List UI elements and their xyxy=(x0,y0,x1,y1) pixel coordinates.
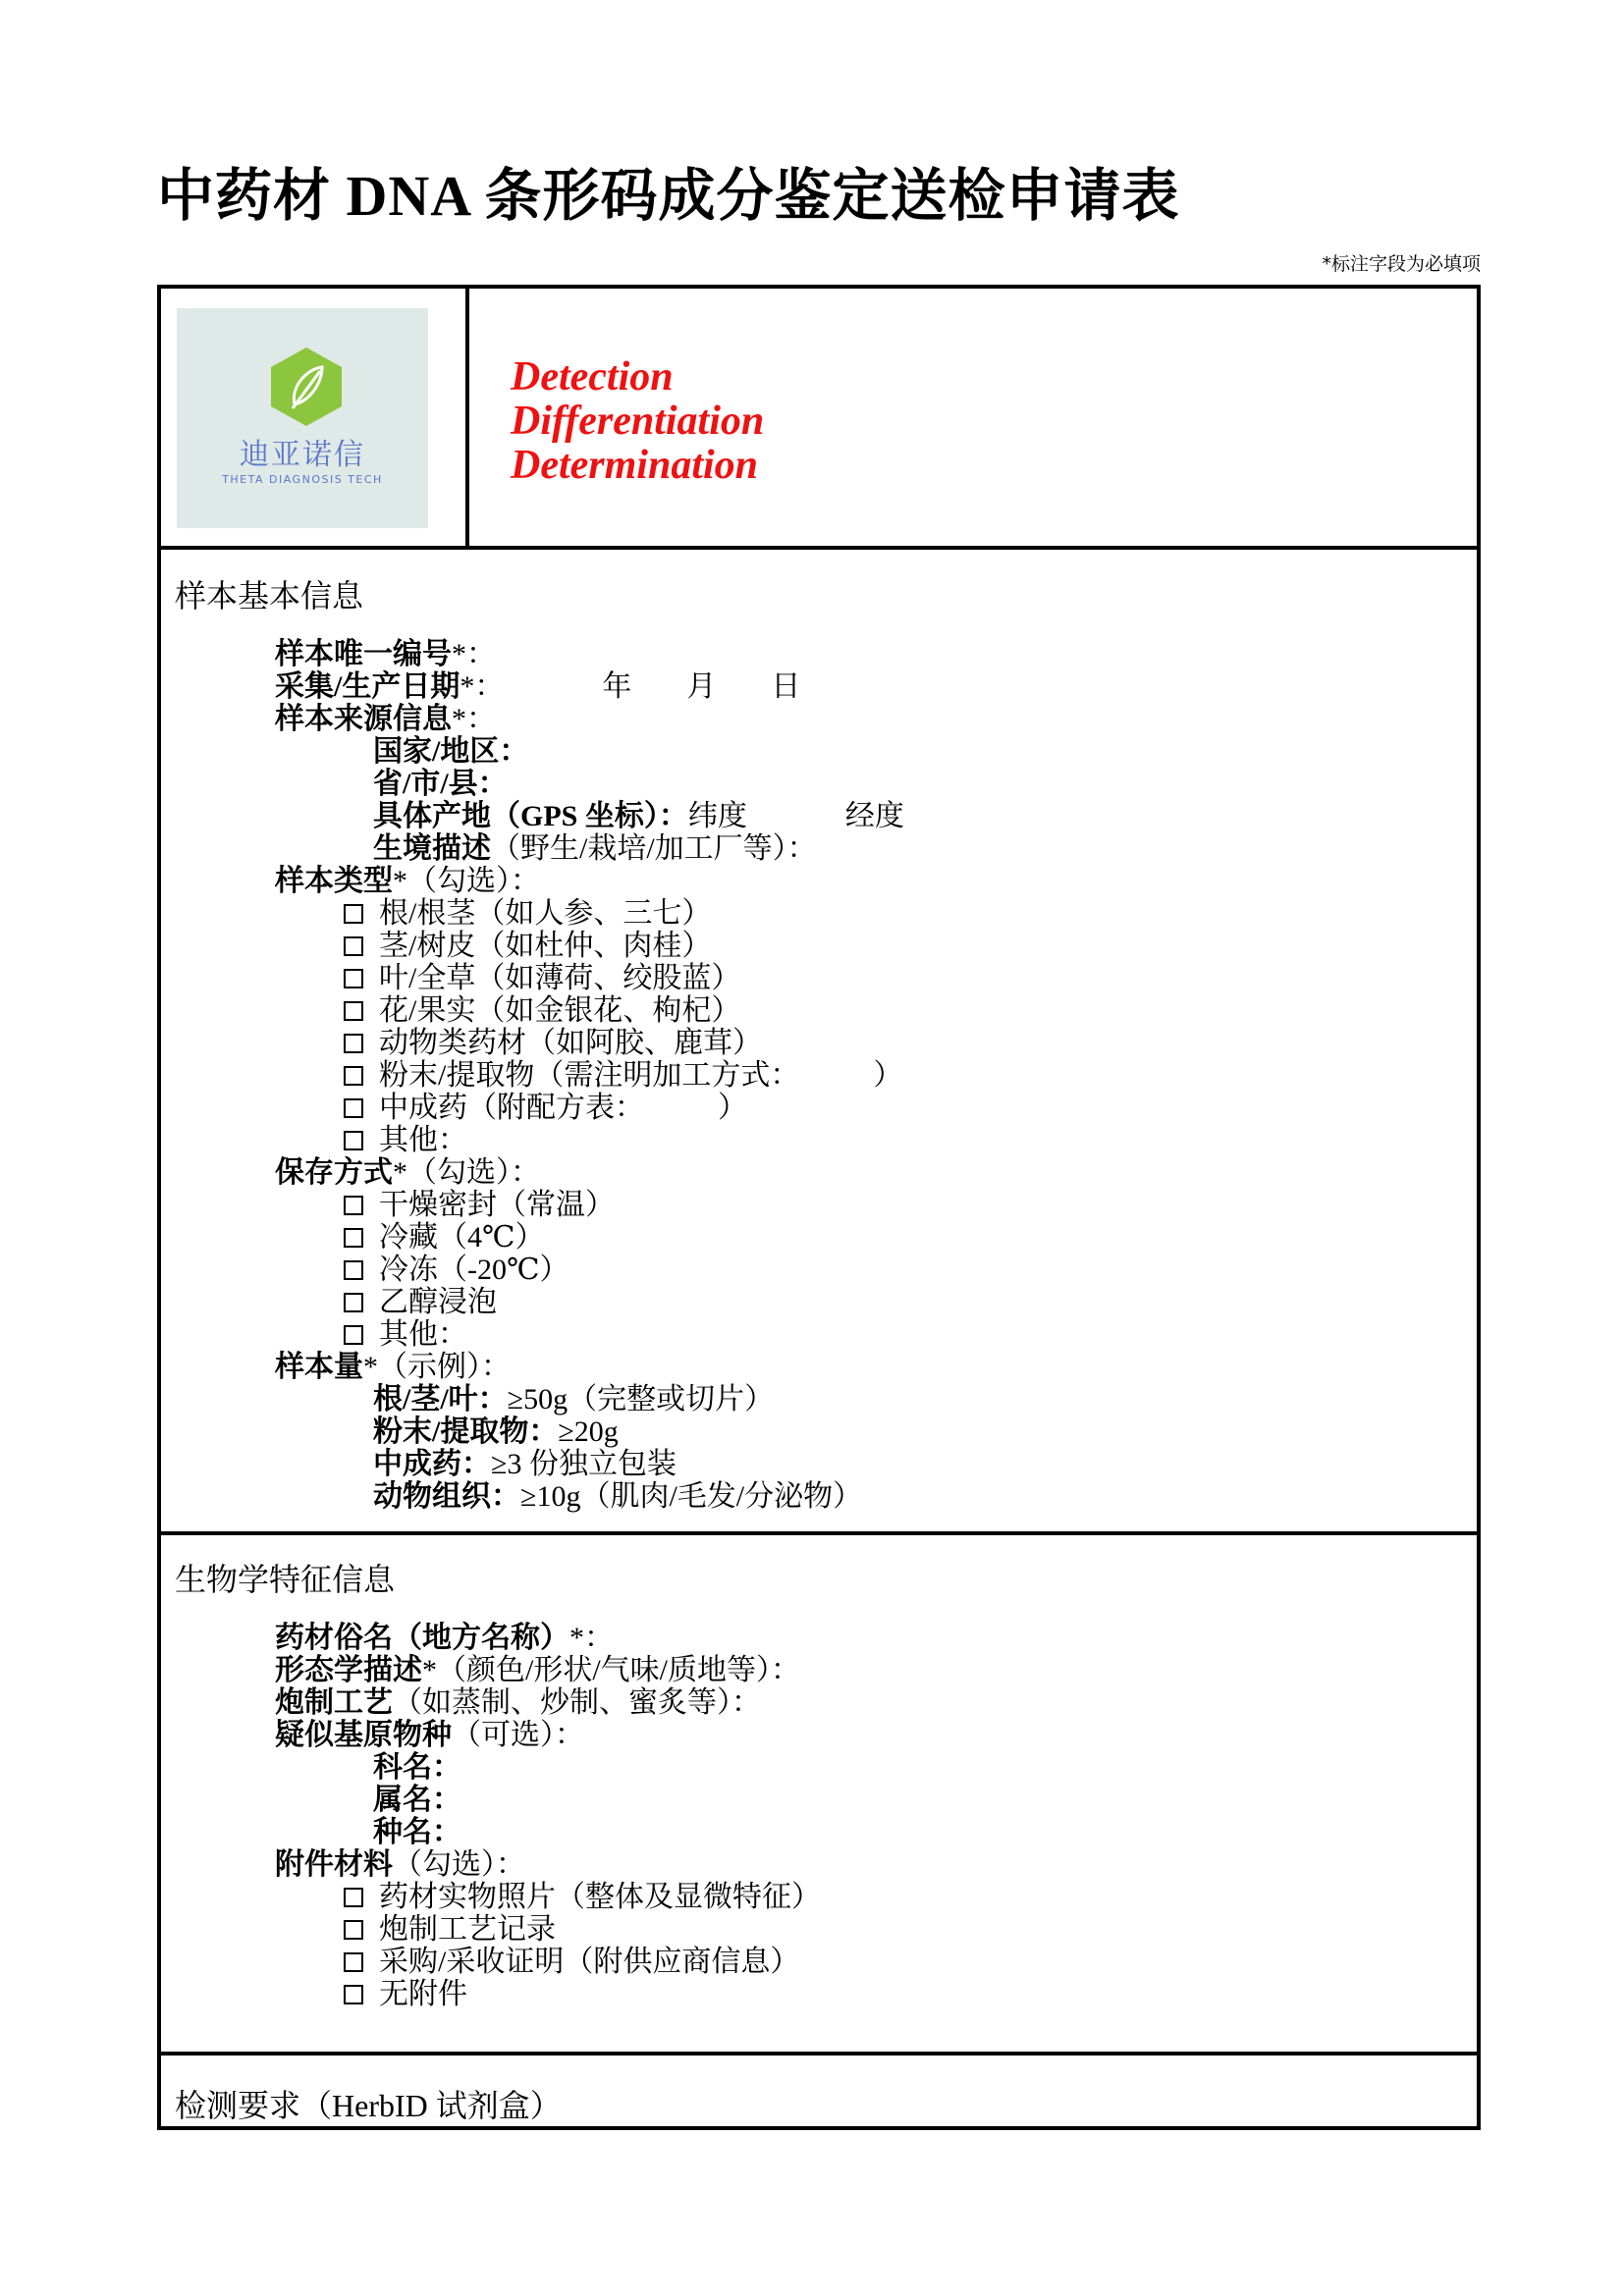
storage-option[interactable]: 冷藏（4℃） xyxy=(344,1221,545,1254)
amount-item: 中成药：≥3 份独立包装 xyxy=(373,1448,677,1480)
source-info-label: 样本来源信息*： xyxy=(275,703,496,735)
storage-option[interactable]: 乙醇浸泡 xyxy=(344,1286,497,1318)
amount-item: 根/茎/叶：≥50g（完整或切片） xyxy=(373,1383,774,1415)
gps-field[interactable]: 具体产地（GPS 坐标）：纬度经度 xyxy=(373,800,904,832)
processing-field[interactable]: 炮制工艺（如蒸制、炒制、蜜炙等）： xyxy=(275,1686,761,1719)
logo-cell: 迪亚诺信 THETA DIAGNOSIS TECH xyxy=(161,289,469,546)
habitat-field[interactable]: 生境描述（野生/栽培/加工厂等）： xyxy=(373,832,817,865)
brand-name-en: THETA DIAGNOSIS TECH xyxy=(177,473,428,486)
checkbox[interactable] xyxy=(344,1325,363,1345)
sample-type-label: 样本类型*（勾选）： xyxy=(275,865,540,897)
slogan: Detection Differentiation Determination xyxy=(511,355,764,488)
attachment-option[interactable]: 无附件 xyxy=(344,1978,467,2010)
checkbox[interactable] xyxy=(344,904,363,924)
morphology-field[interactable]: 形态学描述*（颜色/形状/气味/质地等）： xyxy=(275,1654,800,1686)
sample-type-option[interactable]: 粉末/提取物（需注明加工方式： ） xyxy=(344,1059,902,1092)
month-label: 月 xyxy=(686,670,716,703)
attachment-option[interactable]: 炮制工艺记录 xyxy=(344,1913,556,1946)
field-label: 样本唯一编号 xyxy=(275,638,452,670)
genus-field[interactable]: 属名： xyxy=(373,1784,461,1816)
section-biological-info: 生物学特征信息 药材俗名（地方名称）*： 形态学描述*（颜色/形状/气味/质地等… xyxy=(161,1535,1477,2056)
storage-option[interactable]: 干燥密封（常温） xyxy=(344,1189,615,1221)
sample-type-option[interactable]: 其他： xyxy=(344,1124,467,1156)
checkbox[interactable] xyxy=(344,1952,363,1972)
checkbox[interactable] xyxy=(344,1196,363,1215)
sample-type-option[interactable]: 茎/树皮（如杜仲、肉桂） xyxy=(344,930,711,962)
sample-id-field[interactable]: 样本唯一编号*： xyxy=(275,638,496,670)
checkbox[interactable] xyxy=(344,1228,363,1248)
section-sample-basic-info: 样本基本信息 样本唯一编号*： 采集/生产日期*：年月日 样本来源信息*： 国家… xyxy=(161,550,1477,1535)
form-title: 中药材 DNA 条形码成分鉴定送检申请表 xyxy=(157,157,1179,236)
species-name-field[interactable]: 种名： xyxy=(373,1816,461,1848)
section-title: 检测要求（HerbID 试剂盒） xyxy=(175,2081,562,2126)
day-label: 日 xyxy=(771,670,800,703)
checkbox[interactable] xyxy=(344,1001,363,1021)
section-title: 生物学特征信息 xyxy=(175,1555,395,1600)
attachment-option[interactable]: 采购/采收证明（附供应商信息） xyxy=(344,1946,799,1978)
application-form: 迪亚诺信 THETA DIAGNOSIS TECH Detection Diff… xyxy=(157,285,1481,2130)
sample-amount-label: 样本量*（示例）： xyxy=(275,1351,511,1383)
checkbox[interactable] xyxy=(344,1098,363,1118)
attachments-label: 附件材料（勾选）： xyxy=(275,1848,525,1881)
common-name-field[interactable]: 药材俗名（地方名称）*： xyxy=(275,1622,614,1654)
amount-item: 动物组织：≥10g（肌肉/毛发/分泌物） xyxy=(373,1480,862,1513)
field-label: 采集/生产日期 xyxy=(275,670,460,703)
collection-date-field[interactable]: 采集/生产日期*：年月日 xyxy=(275,670,800,703)
sample-type-option[interactable]: 叶/全草（如薄荷、绞股蓝） xyxy=(344,962,740,994)
leaf-hexagon-icon xyxy=(271,347,342,426)
checkbox[interactable] xyxy=(344,969,363,988)
attachment-option[interactable]: 药材实物照片（整体及显微特征） xyxy=(344,1881,821,1913)
required-fields-note: *标注字段为必填项 xyxy=(1322,249,1481,276)
sample-type-option[interactable]: 花/果实（如金银花、枸杞） xyxy=(344,994,740,1027)
family-field[interactable]: 科名： xyxy=(373,1751,461,1784)
amount-item: 粉末/提取物：≥20g xyxy=(373,1415,619,1448)
checkbox[interactable] xyxy=(344,1293,363,1312)
sample-type-option[interactable]: 动物类药材（如阿胶、鹿茸） xyxy=(344,1027,762,1059)
checkbox[interactable] xyxy=(344,1260,363,1280)
species-label: 疑似基原物种（可选）： xyxy=(275,1719,584,1751)
sample-type-option[interactable]: 根/根茎（如人参、三七） xyxy=(344,897,711,930)
year-label: 年 xyxy=(602,670,631,703)
checkbox[interactable] xyxy=(344,1034,363,1053)
latitude-label: 纬度 xyxy=(688,800,747,832)
storage-option[interactable]: 冷冻（-20℃） xyxy=(344,1254,569,1286)
section-title: 样本基本信息 xyxy=(175,571,363,616)
slogan-line: Detection xyxy=(511,355,764,400)
section-test-requirements: 检测要求（HerbID 试剂盒） xyxy=(161,2056,1477,2130)
checkbox[interactable] xyxy=(344,1131,363,1150)
brand-name-cn: 迪亚诺信 xyxy=(177,430,428,473)
checkbox[interactable] xyxy=(344,1920,363,1940)
country-field[interactable]: 国家/地区： xyxy=(373,735,528,768)
checkbox[interactable] xyxy=(344,1985,363,2004)
checkbox[interactable] xyxy=(344,1888,363,1907)
checkbox[interactable] xyxy=(344,936,363,956)
slogan-line: Determination xyxy=(511,444,764,488)
province-field[interactable]: 省/市/县： xyxy=(373,768,508,800)
storage-option[interactable]: 其他： xyxy=(344,1318,467,1351)
sample-type-option[interactable]: 中成药（附配方表： ） xyxy=(344,1092,747,1124)
form-header: 迪亚诺信 THETA DIAGNOSIS TECH Detection Diff… xyxy=(161,289,1477,550)
checkbox[interactable] xyxy=(344,1066,363,1086)
slogan-line: Differentiation xyxy=(511,400,764,444)
storage-label: 保存方式*（勾选）： xyxy=(275,1156,540,1189)
longitude-label: 经度 xyxy=(845,800,904,832)
company-logo: 迪亚诺信 THETA DIAGNOSIS TECH xyxy=(177,308,428,528)
